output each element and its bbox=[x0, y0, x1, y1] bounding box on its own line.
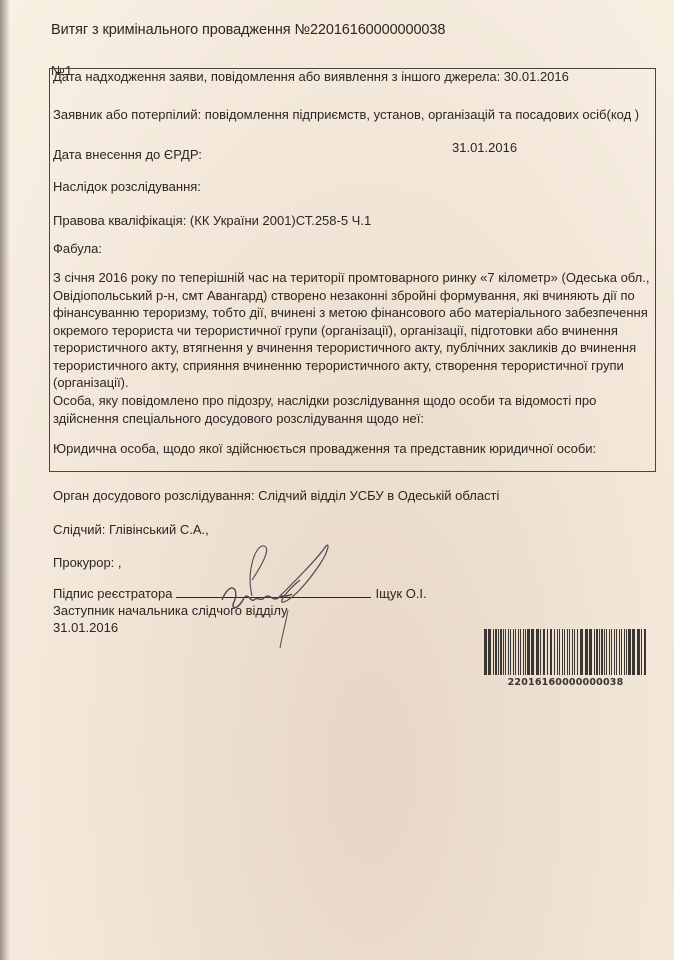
legal-entity-field: Юридична особа, щодо якої здійснюється п… bbox=[53, 441, 596, 456]
fabula-label: Фабула: bbox=[53, 241, 102, 256]
result-field: Наслідок розслідування: bbox=[53, 179, 201, 194]
prosecutor: Прокурор: , bbox=[53, 555, 122, 570]
registrar-name: Іщук О.І. bbox=[375, 586, 426, 601]
fabula-text: З січня 2016 року по теперішній час на т… bbox=[53, 269, 653, 392]
page-shadow bbox=[0, 0, 10, 960]
handwritten-signature-icon bbox=[200, 540, 350, 650]
footer-date: 31.01.2016 bbox=[53, 620, 118, 635]
registrar-label: Підпис реєстратора bbox=[53, 586, 172, 601]
suspect-line-2: здійснення спеціального досудового розсл… bbox=[53, 411, 424, 426]
erdr-date: 31.01.2016 bbox=[452, 140, 517, 155]
suspect-line-1: Особа, яку повідомлено про підозру, насл… bbox=[53, 393, 596, 408]
authority: Орган досудового розслідування: Слідчий … bbox=[53, 488, 499, 503]
investigator: Слідчий: Глівінський С.А., bbox=[53, 522, 209, 537]
erdr-label: Дата внесення до ЄРДР: bbox=[53, 147, 202, 162]
document-title: Витяг з кримінального провадження №22016… bbox=[51, 22, 445, 38]
barcode-number: 22016160000000038 bbox=[484, 677, 647, 688]
record-box: Дата надходження заяви, повідомлення або… bbox=[49, 68, 656, 472]
applicant-field: Заявник або потерпілий: повідомлення під… bbox=[53, 107, 639, 122]
received-date-field: Дата надходження заяви, повідомлення або… bbox=[53, 69, 569, 84]
qualification-field: Правова кваліфікація: (КК України 2001)С… bbox=[53, 213, 371, 228]
barcode-icon bbox=[484, 629, 647, 675]
